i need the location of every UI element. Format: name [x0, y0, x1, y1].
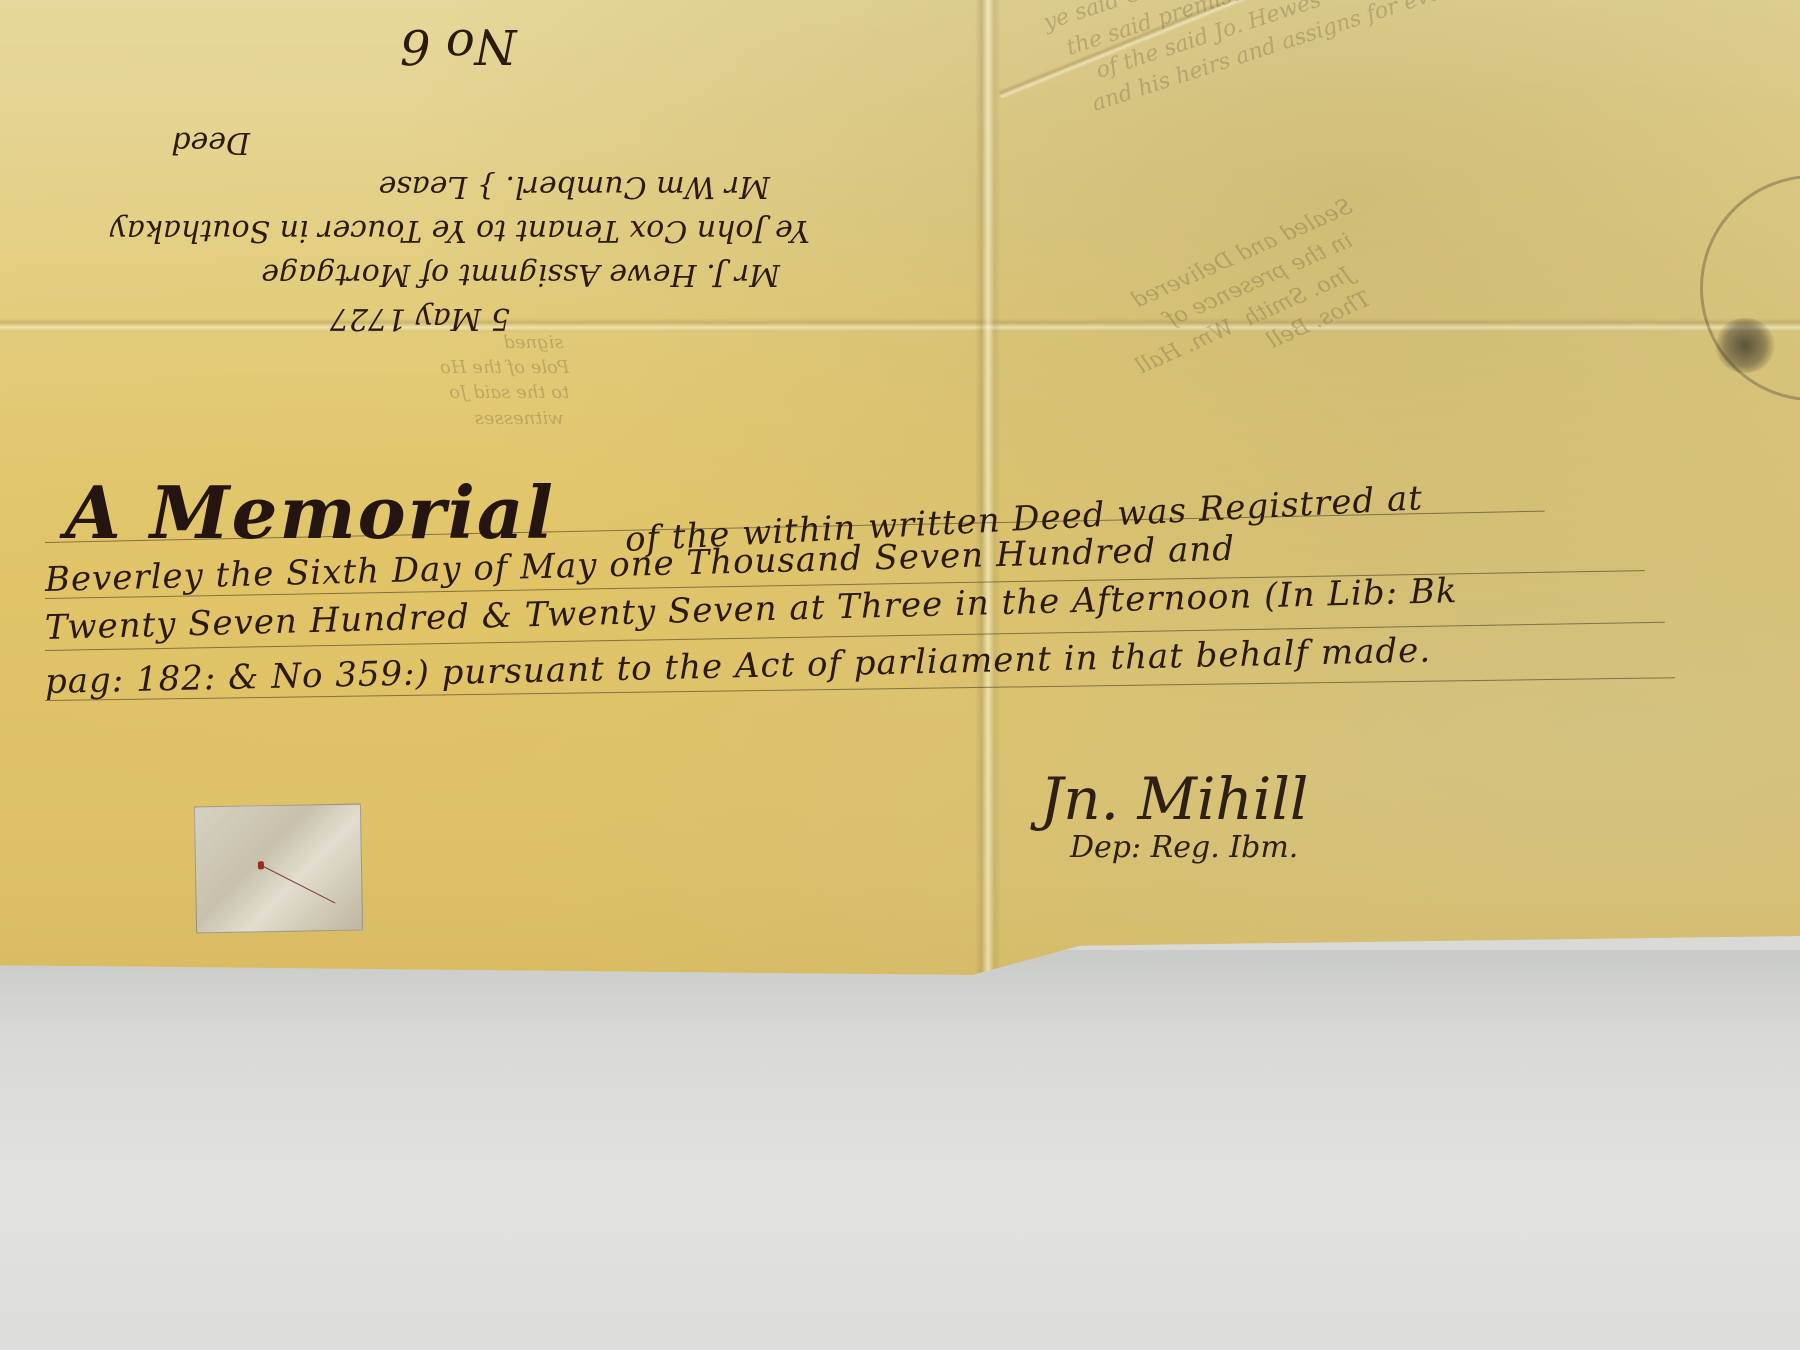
- registrar-signature: Jn. Mihill Dep: Reg. Ibm.: [1040, 765, 1308, 833]
- endorsement-line-2: Mr Wm Cumberl. } Lease: [10, 164, 810, 208]
- seal-crack: [264, 866, 336, 903]
- ghost-text-center: signed Pole of the Ho to the said Jo wit…: [440, 330, 581, 431]
- ink-blot: [1715, 318, 1775, 373]
- vellum-sheet: ye said Grant of all and singular the sa…: [0, 0, 1800, 975]
- memorial-title: A Memorial: [65, 470, 555, 555]
- ghost-text-right: Sealed and Delivered in the presence of …: [1106, 192, 1395, 411]
- endorsement-line-4: Mr J. Hewe Assignmt of Mortgage: [10, 252, 810, 296]
- endorsement-line-5: 5 May 1727: [10, 296, 810, 340]
- ghost-text-upper-right: ye said Grant of all and singular the sa…: [1040, 0, 1456, 127]
- vertical-fold: [975, 0, 1001, 975]
- endorsement-block: 5 May 1727 Mr J. Hewe Assignmt of Mortga…: [10, 120, 810, 340]
- endorsement-line-1: Deed: [10, 120, 810, 164]
- signature-title: Dep: Reg. Ibm.: [1070, 830, 1298, 865]
- document-number: No 6: [400, 18, 517, 74]
- seal-patch: [194, 804, 363, 934]
- red-seal-mark: [258, 861, 264, 869]
- endorsement-line-3: Ye John Cox Tenant to Ye Toucer in South…: [10, 208, 810, 252]
- signature-name: Jn. Mihill: [1040, 765, 1308, 833]
- table-surface: [0, 950, 1800, 1350]
